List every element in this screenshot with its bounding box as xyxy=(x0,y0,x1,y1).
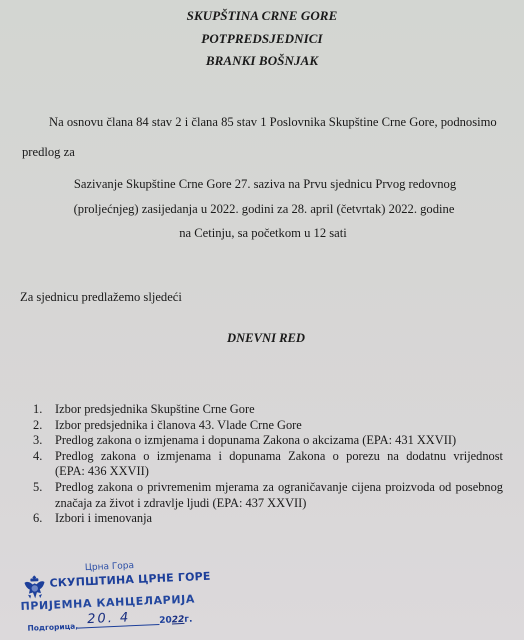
agenda-item-text: Izbor predsjednika i članova 43. Vlade C… xyxy=(55,418,503,434)
agenda-item-number: 1. xyxy=(33,402,55,418)
agenda-item-number: 5. xyxy=(33,480,55,496)
stamp-country: Црна Гора xyxy=(85,561,135,573)
stamp-year-suffix: г. xyxy=(184,615,193,625)
agenda-item: 1. Izbor predsjednika Skupštine Crne Gor… xyxy=(33,402,503,418)
intro-line-2: predlog za xyxy=(22,145,75,160)
stamp-city: Подгорица, xyxy=(27,622,78,633)
agenda-item: 2. Izbor predsjednika i članova 43. Vlad… xyxy=(33,418,503,434)
agenda-item-number: 3. xyxy=(33,433,55,449)
agenda-item: 6. Izbori i imenovanja xyxy=(33,511,503,527)
agenda-item-continuation: (EPA: 436 XXVII) xyxy=(55,464,503,480)
intro-line-1: Na osnovu člana 84 stav 2 i člana 85 sta… xyxy=(49,115,497,130)
agenda-item-body: Predlog zakona o privremenim mjerama za … xyxy=(55,480,503,511)
agenda-list: 1. Izbor predsjednika Skupštine Crne Gor… xyxy=(33,402,503,527)
agenda-item-number: 2. xyxy=(33,418,55,434)
agenda-item-text: Predlog zakona o privremenim mjerama za … xyxy=(55,480,503,496)
agenda-item-text: Predlog zakona o izmjenama i dopunama Za… xyxy=(55,449,503,465)
agenda-item-continuation: značaja za život i zdravlje ljudi (EPA: … xyxy=(55,496,503,512)
addressee-institution: SKUPŠTINA CRNE GORE xyxy=(0,8,524,24)
agenda-item: 3. Predlog zakona o izmjenama i dopunama… xyxy=(33,433,503,449)
addressee-name: BRANKI BOŠNJAK xyxy=(0,53,524,69)
agenda-item: 4. Predlog zakona o izmjenama i dopunama… xyxy=(33,449,503,480)
addressee-title: POTPREDSJEDNICI xyxy=(0,31,524,47)
agenda-item: 5. Predlog zakona o privremenim mjerama … xyxy=(33,480,503,511)
agenda-item-text: Predlog zakona o izmjenama i dopunama Za… xyxy=(55,433,503,449)
agenda-item-text: Izbori i imenovanja xyxy=(55,511,503,527)
stamp-handwritten-year: 22 xyxy=(172,615,185,626)
agenda-item-number: 4. xyxy=(33,449,55,465)
stamp-year: 2022г. xyxy=(159,615,193,626)
agenda-title: DNEVNI RED xyxy=(0,331,524,346)
subject-line-1: Sazivanje Skupštine Crne Gore 27. saziva… xyxy=(0,177,524,192)
coat-of-arms-icon xyxy=(21,574,48,601)
agenda-item-body: Predlog zakona o izmjenama i dopunama Za… xyxy=(55,449,503,480)
stamp-year-prefix: 20 xyxy=(159,615,172,626)
agenda-item-number: 6. xyxy=(33,511,55,527)
reception-stamp: Црна Гора СКУПШТИНА ЦРНЕ ГОРЕ ПРИЈЕМНА К… xyxy=(19,557,222,640)
stamp-handwritten-date: 20. 4 xyxy=(87,610,131,627)
proposal-text: Za sjednicu predlažemo sljedeći xyxy=(20,290,182,305)
stamp-organization: СКУПШТИНА ЦРНЕ ГОРЕ xyxy=(49,570,211,590)
subject-line-3: na Cetinju, sa početkom u 12 sati xyxy=(0,226,524,241)
subject-line-2: (proljećnjeg) zasijedanja u 2022. godini… xyxy=(0,202,524,217)
agenda-item-text: Izbor predsjednika Skupštine Crne Gore xyxy=(55,402,503,418)
document-page: SKUPŠTINA CRNE GORE POTPREDSJEDNICI BRAN… xyxy=(0,0,524,640)
